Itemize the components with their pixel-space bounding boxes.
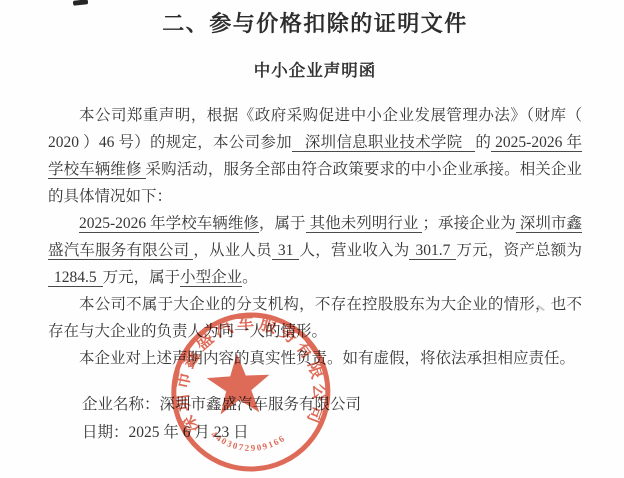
declaration-body: 本公司郑重声明，根据《政府采购促进中小企业发展管理办法》（财库（ 2020 ）4…: [48, 102, 582, 372]
employee-count-underlined: 31: [272, 242, 300, 260]
paragraph-enterprise-details: 2025-2026 年学校车辆维修，属于其他未列明行业；承接企业为深圳市鑫盛汽车…: [48, 210, 582, 291]
assets-underlined: 1284.5: [48, 269, 103, 287]
date-value: 2025 年 6 月 23 日: [129, 424, 249, 441]
intro-mid: 的: [475, 134, 491, 151]
details-seg3: ，从业人员: [193, 242, 272, 259]
date-line: 日期：2025 年 6 月 23 日: [82, 419, 582, 447]
buyer-name-underlined: 深圳信息职业技术学院: [292, 134, 476, 152]
date-label: 日期：: [82, 424, 129, 441]
document-content: 二、参与价格扣除的证明文件 中小企业声明函 本公司郑重声明，根据《政府采购促进中…: [48, 0, 582, 446]
signature-block: 企业名称：深圳市鑫盛汽车服务有限公司 日期：2025 年 6 月 23 日: [48, 391, 582, 446]
details-seg5: 万元，资产总额为: [456, 242, 582, 259]
document-page: 二、参与价格扣除的证明文件 中小企业声明函 本公司郑重声明，根据《政府采购促进中…: [0, 0, 624, 478]
details-seg6: 万元，属于: [103, 269, 181, 286]
details-seg4: 人，营业收入为: [299, 242, 409, 259]
page-subtitle: 中小企业声明函: [48, 57, 582, 81]
revenue-underlined: 301.7: [409, 242, 456, 260]
paragraph-intro: 本公司郑重声明，根据《政府采购促进中小企业发展管理办法》（财库（ 2020 ）4…: [48, 102, 582, 210]
details-seg1: ，属于: [259, 215, 306, 232]
details-seg2: ；承接企业为: [422, 215, 515, 232]
details-end: 。: [242, 269, 258, 286]
paragraph-not-subsidiary: 本公司不属于大企业的分支机构，不存在控股股东为大企业的情形，也不存在与大企业的负…: [48, 291, 582, 345]
project-name-underlined-2: 2025-2026 年学校车辆维修: [79, 215, 259, 233]
paragraph-responsibility: 本企业对上述声明内容的真实性负责。如有虚假，将依法承担相应责任。: [48, 345, 582, 372]
company-name-value: 深圳市鑫盛汽车服务有限公司: [160, 396, 362, 413]
company-name-label: 企业名称：: [82, 396, 160, 413]
enterprise-size-underlined: 小型企业: [180, 269, 242, 287]
industry-underlined: 其他未列明行业: [306, 215, 423, 233]
company-name-line: 企业名称：深圳市鑫盛汽车服务有限公司: [82, 391, 582, 419]
page-title: 二、参与价格扣除的证明文件: [48, 7, 582, 38]
